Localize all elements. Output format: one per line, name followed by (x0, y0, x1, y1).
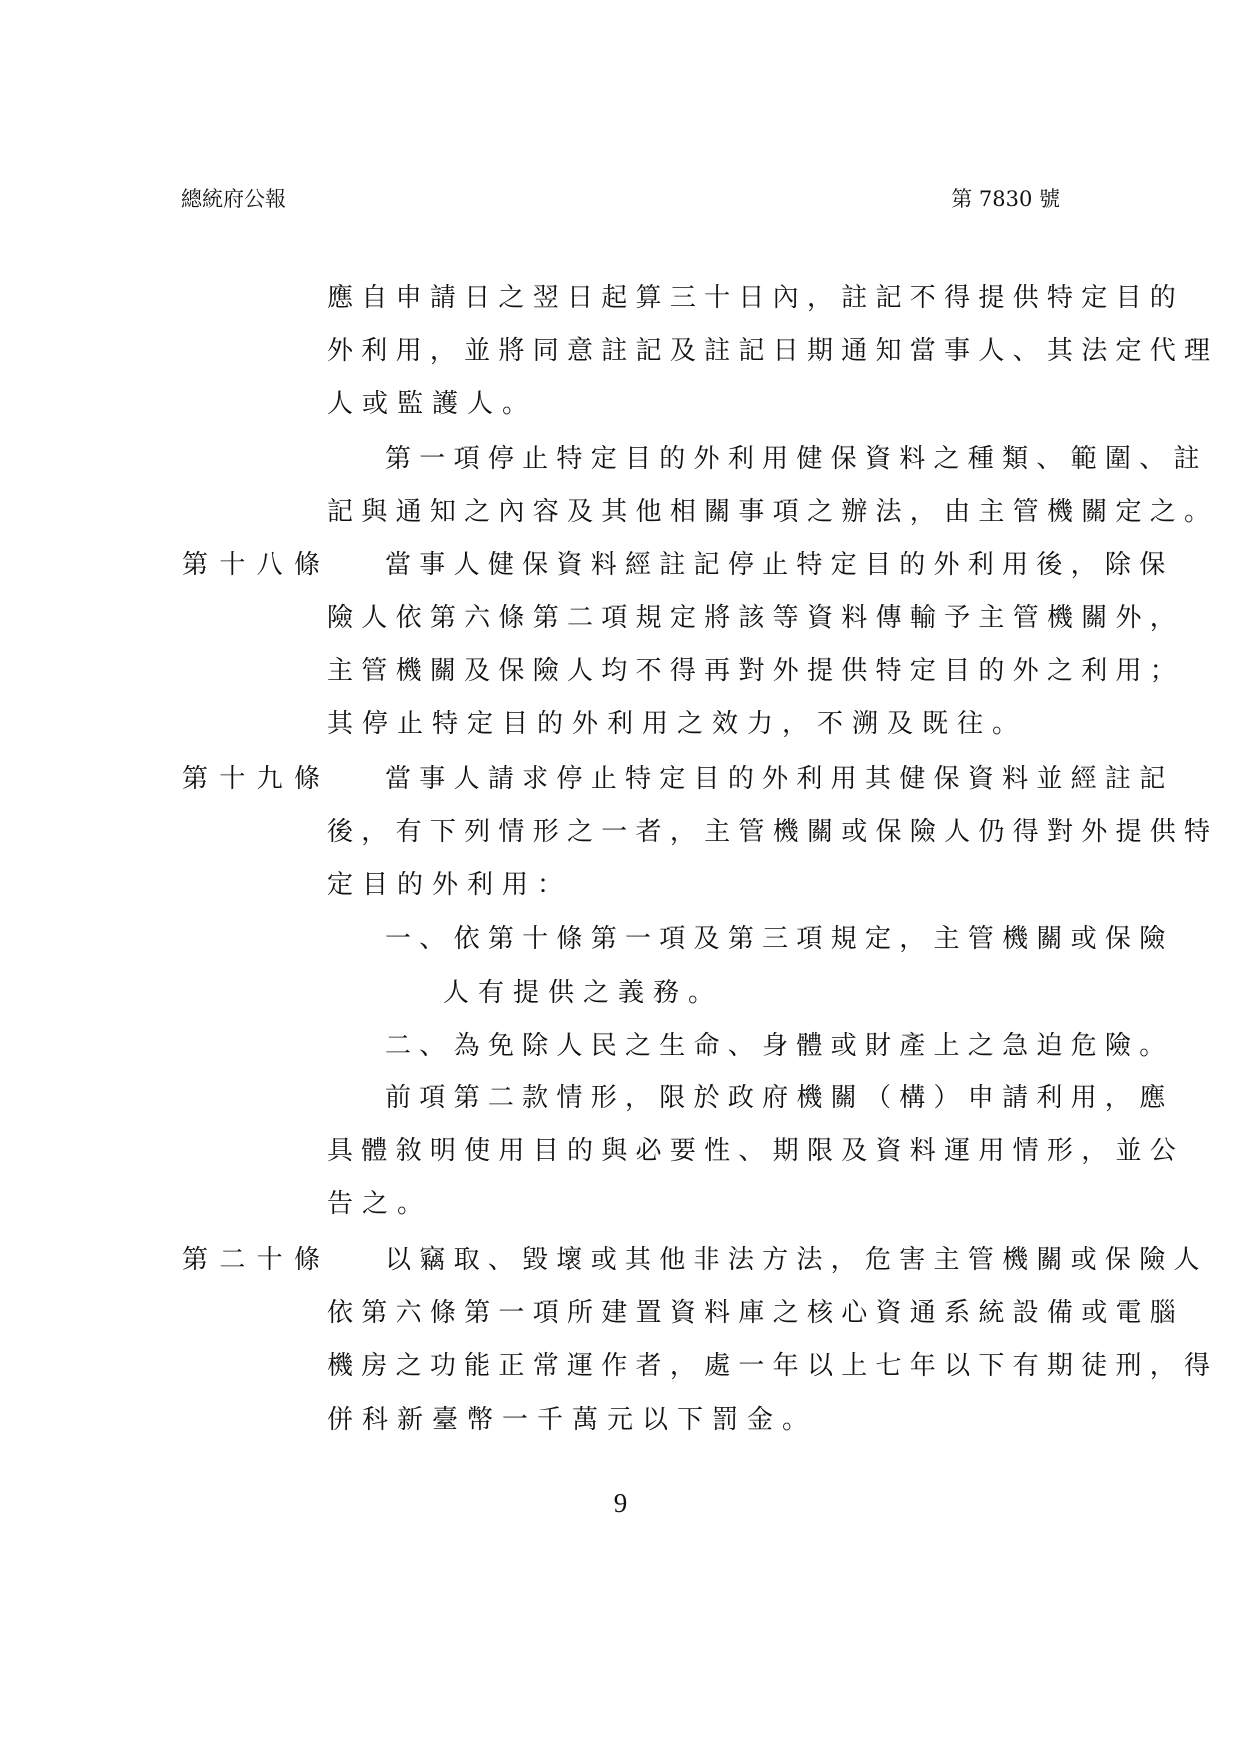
article-18-line: 其停止特定目的外利用之效力，不溯及既往。 (327, 707, 1027, 741)
body-line: 記 與 通 知 之 內 容 及 其 他 相 關 事 項 之 辦 法 ， 由 主 … (327, 495, 1057, 529)
article-18-line: 當 事 人 健 保 資 料 經 註 記 停 止 特 定 目 的 外 利 用 後 … (385, 548, 1057, 582)
page-number: 9 (0, 1488, 1241, 1519)
article-20-label: 第 二 十 條 (182, 1243, 320, 1277)
page-header: 總統府公報 第 7830 號 (181, 183, 1060, 213)
article-19-line: 告之。 (327, 1187, 432, 1221)
body-line: 應 自 申 請 日 之 翌 日 起 算 三 十 日 內 ， 註 記 不 得 提 … (327, 281, 1057, 315)
article-19-line: 具 體 敘 明 使 用 目 的 與 必 要 性 、 期 限 及 資 料 運 用 … (327, 1134, 1057, 1168)
article-20-line: 以 竊 取 、 毀 壞 或 其 他 非 法 方 法 ， 危 害 主 管 機 關 … (385, 1243, 1057, 1277)
publication-title: 總統府公報 (181, 183, 286, 213)
list-item-1-continuation: 人有提供之義務。 (443, 976, 723, 1010)
article-19-line: 當 事 人 請 求 停 止 特 定 目 的 外 利 用 其 健 保 資 料 並 … (385, 762, 1057, 796)
article-19-label: 第 十 九 條 (182, 762, 320, 796)
article-18-line: 主 管 機 關 及 保 險 人 均 不 得 再 對 外 提 供 特 定 目 的 … (327, 654, 1057, 688)
body-line: 第 一 項 停 止 特 定 目 的 外 利 用 健 保 資 料 之 種 類 、 … (385, 442, 1057, 476)
article-18-label: 第 十 八 條 (182, 548, 320, 582)
issue-number: 第 7830 號 (951, 183, 1060, 213)
article-20-line: 依 第 六 條 第 一 項 所 建 置 資 料 庫 之 核 心 資 通 系 統 … (327, 1296, 1057, 1330)
article-19-line: 定目的外利用： (327, 868, 572, 902)
article-18-line: 險 人 依 第 六 條 第 二 項 規 定 將 該 等 資 料 傳 輸 予 主 … (327, 601, 1057, 635)
list-item-1: 一 、 依 第 十 條 第 一 項 及 第 三 項 規 定 ， 主 管 機 關 … (385, 922, 1057, 956)
article-19-line: 後 ， 有 下 列 情 形 之 一 者 ， 主 管 機 關 或 保 險 人 仍 … (327, 815, 1057, 849)
body-line: 人或監護人。 (327, 387, 537, 421)
article-20-line: 併科新臺幣一千萬元以下罰金。 (327, 1403, 817, 1437)
body-line: 外 利 用 ， 並 將 同 意 註 記 及 註 記 日 期 通 知 當 事 人 … (327, 334, 1057, 368)
article-19-line: 前 項 第 二 款 情 形 ， 限 於 政 府 機 關 （ 構 ） 申 請 利 … (385, 1081, 1057, 1115)
list-item-2: 二 、 為 免 除 人 民 之 生 命 、 身 體 或 財 產 上 之 急 迫 … (385, 1029, 1057, 1063)
article-20-line: 機 房 之 功 能 正 常 運 作 者 ， 處 一 年 以 上 七 年 以 下 … (327, 1349, 1057, 1383)
